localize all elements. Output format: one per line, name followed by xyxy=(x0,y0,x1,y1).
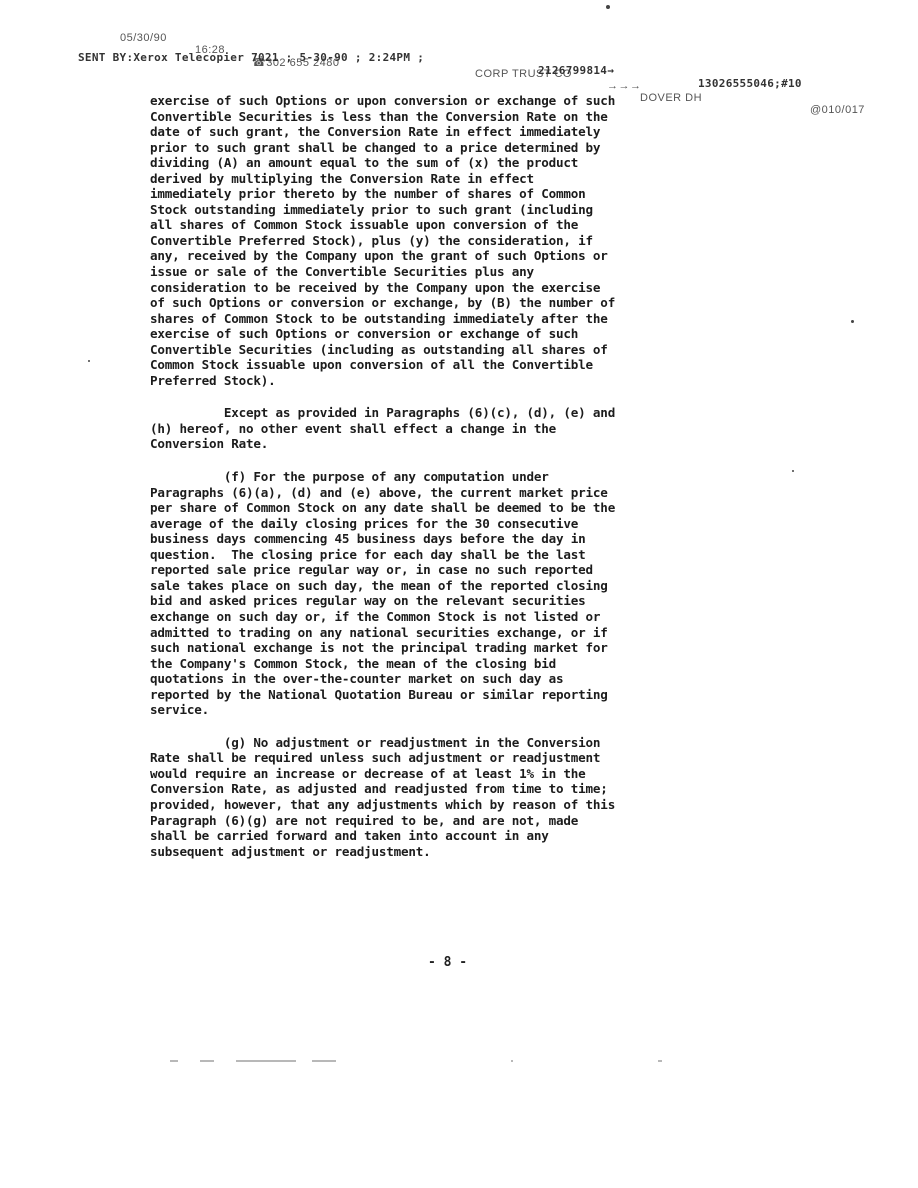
scan-noise xyxy=(236,1060,296,1062)
fax-arrow: →→→ xyxy=(607,80,642,92)
text-line: Preferred Stock). xyxy=(150,373,790,389)
text-line: derived by multiplying the Conversion Ra… xyxy=(150,171,790,187)
fax-from-number: 2126799814→ xyxy=(538,64,614,77)
fax-header-line1: 05/30/90 16:28 ☎302 655 2480 CORP TRUST … xyxy=(120,20,127,116)
fax-date: 05/30/90 xyxy=(120,32,167,44)
text-line: Conversion Rate. xyxy=(150,436,790,452)
text-line: provided, however, that any adjustments … xyxy=(150,797,790,813)
scan-noise xyxy=(511,1060,513,1062)
text-line: prior to such grant shall be changed to … xyxy=(150,140,790,156)
text-line: question. The closing price for each day… xyxy=(150,547,790,563)
text-line: shall be carried forward and taken into … xyxy=(150,828,790,844)
text-line: bid and asked prices regular way on the … xyxy=(150,593,790,609)
text-line: date of such grant, the Conversion Rate … xyxy=(150,124,790,140)
text-line: consideration to be received by the Comp… xyxy=(150,280,790,296)
text-line: reported by the National Quotation Burea… xyxy=(150,687,790,703)
text-line: such national exchange is not the princi… xyxy=(150,640,790,656)
text-line: dividing (A) an amount equal to the sum … xyxy=(150,155,790,171)
text-line: Stock outstanding immediately prior to s… xyxy=(150,202,790,218)
text-line: sale takes place on such day, the mean o… xyxy=(150,578,790,594)
scan-noise xyxy=(312,1060,336,1062)
paragraph-para-f: (f) For the purpose of any computation u… xyxy=(150,469,790,718)
scan-noise xyxy=(658,1060,662,1062)
text-line: Paragraphs (6)(a), (d) and (e) above, th… xyxy=(150,485,790,501)
text-line: average of the daily closing prices for … xyxy=(150,516,790,532)
scan-speck xyxy=(851,320,854,323)
page-number: - 8 - xyxy=(428,955,467,970)
text-line: Except as provided in Paragraphs (6)(c),… xyxy=(150,405,790,421)
text-line: (g) No adjustment or readjustment in the… xyxy=(150,735,790,751)
text-line: all shares of Common Stock issuable upon… xyxy=(150,217,790,233)
text-line: Common Stock issuable upon conversion of… xyxy=(150,357,790,373)
scan-speck xyxy=(606,5,610,9)
text-line: service. xyxy=(150,702,790,718)
scan-noise xyxy=(200,1060,214,1062)
scan-noise xyxy=(170,1060,178,1062)
paragraph-gap xyxy=(150,718,790,735)
text-line: the Company's Common Stock, the mean of … xyxy=(150,656,790,672)
scan-speck xyxy=(88,360,90,362)
text-line: Convertible Securities is less than the … xyxy=(150,109,790,125)
text-line: exercise of such Options or conversion o… xyxy=(150,326,790,342)
text-line: issue or sale of the Convertible Securit… xyxy=(150,264,790,280)
fax-sent-by: SENT BY:Xerox Telecopier 7021 ; 5-30-90 … xyxy=(78,51,424,64)
text-line: (f) For the purpose of any computation u… xyxy=(150,469,790,485)
document-body: exercise of such Options or upon convers… xyxy=(150,93,790,859)
text-line: quotations in the over-the-counter marke… xyxy=(150,671,790,687)
text-line: immediately prior thereto by the number … xyxy=(150,186,790,202)
scan-speck xyxy=(792,470,794,472)
fax-page-code: @010/017 xyxy=(810,104,865,116)
text-line: Convertible Securities (including as out… xyxy=(150,342,790,358)
text-line: subsequent adjustment or readjustment. xyxy=(150,844,790,860)
text-line: reported sale price regular way or, in c… xyxy=(150,562,790,578)
text-line: Conversion Rate, as adjusted and readjus… xyxy=(150,781,790,797)
text-line: shares of Common Stock to be outstanding… xyxy=(150,311,790,327)
fax-to-number: 13026555046;#10 xyxy=(698,77,802,90)
text-line: (h) hereof, no other event shall effect … xyxy=(150,421,790,437)
paragraph-continuation: exercise of such Options or upon convers… xyxy=(150,93,790,388)
paragraph-gap xyxy=(150,452,790,469)
text-line: of such Options or conversion or exchang… xyxy=(150,295,790,311)
text-line: Rate shall be required unless such adjus… xyxy=(150,750,790,766)
paragraph-para-g: (g) No adjustment or readjustment in the… xyxy=(150,735,790,859)
text-line: business days commencing 45 business day… xyxy=(150,531,790,547)
text-line: would require an increase or decrease of… xyxy=(150,766,790,782)
text-line: any, received by the Company upon the gr… xyxy=(150,248,790,264)
text-line: admitted to trading on any national secu… xyxy=(150,625,790,641)
paragraph-except: Except as provided in Paragraphs (6)(c),… xyxy=(150,405,790,452)
text-line: exchange on such day or, if the Common S… xyxy=(150,609,790,625)
fax-header-line2: SENT BY:Xerox Telecopier 7021 ; 5-30-90 … xyxy=(78,38,92,90)
text-line: exercise of such Options or upon convers… xyxy=(150,93,790,109)
paragraph-gap xyxy=(150,388,790,405)
text-line: Convertible Preferred Stock), plus (y) t… xyxy=(150,233,790,249)
text-line: Paragraph (6)(g) are not required to be,… xyxy=(150,813,790,829)
text-line: per share of Common Stock on any date sh… xyxy=(150,500,790,516)
